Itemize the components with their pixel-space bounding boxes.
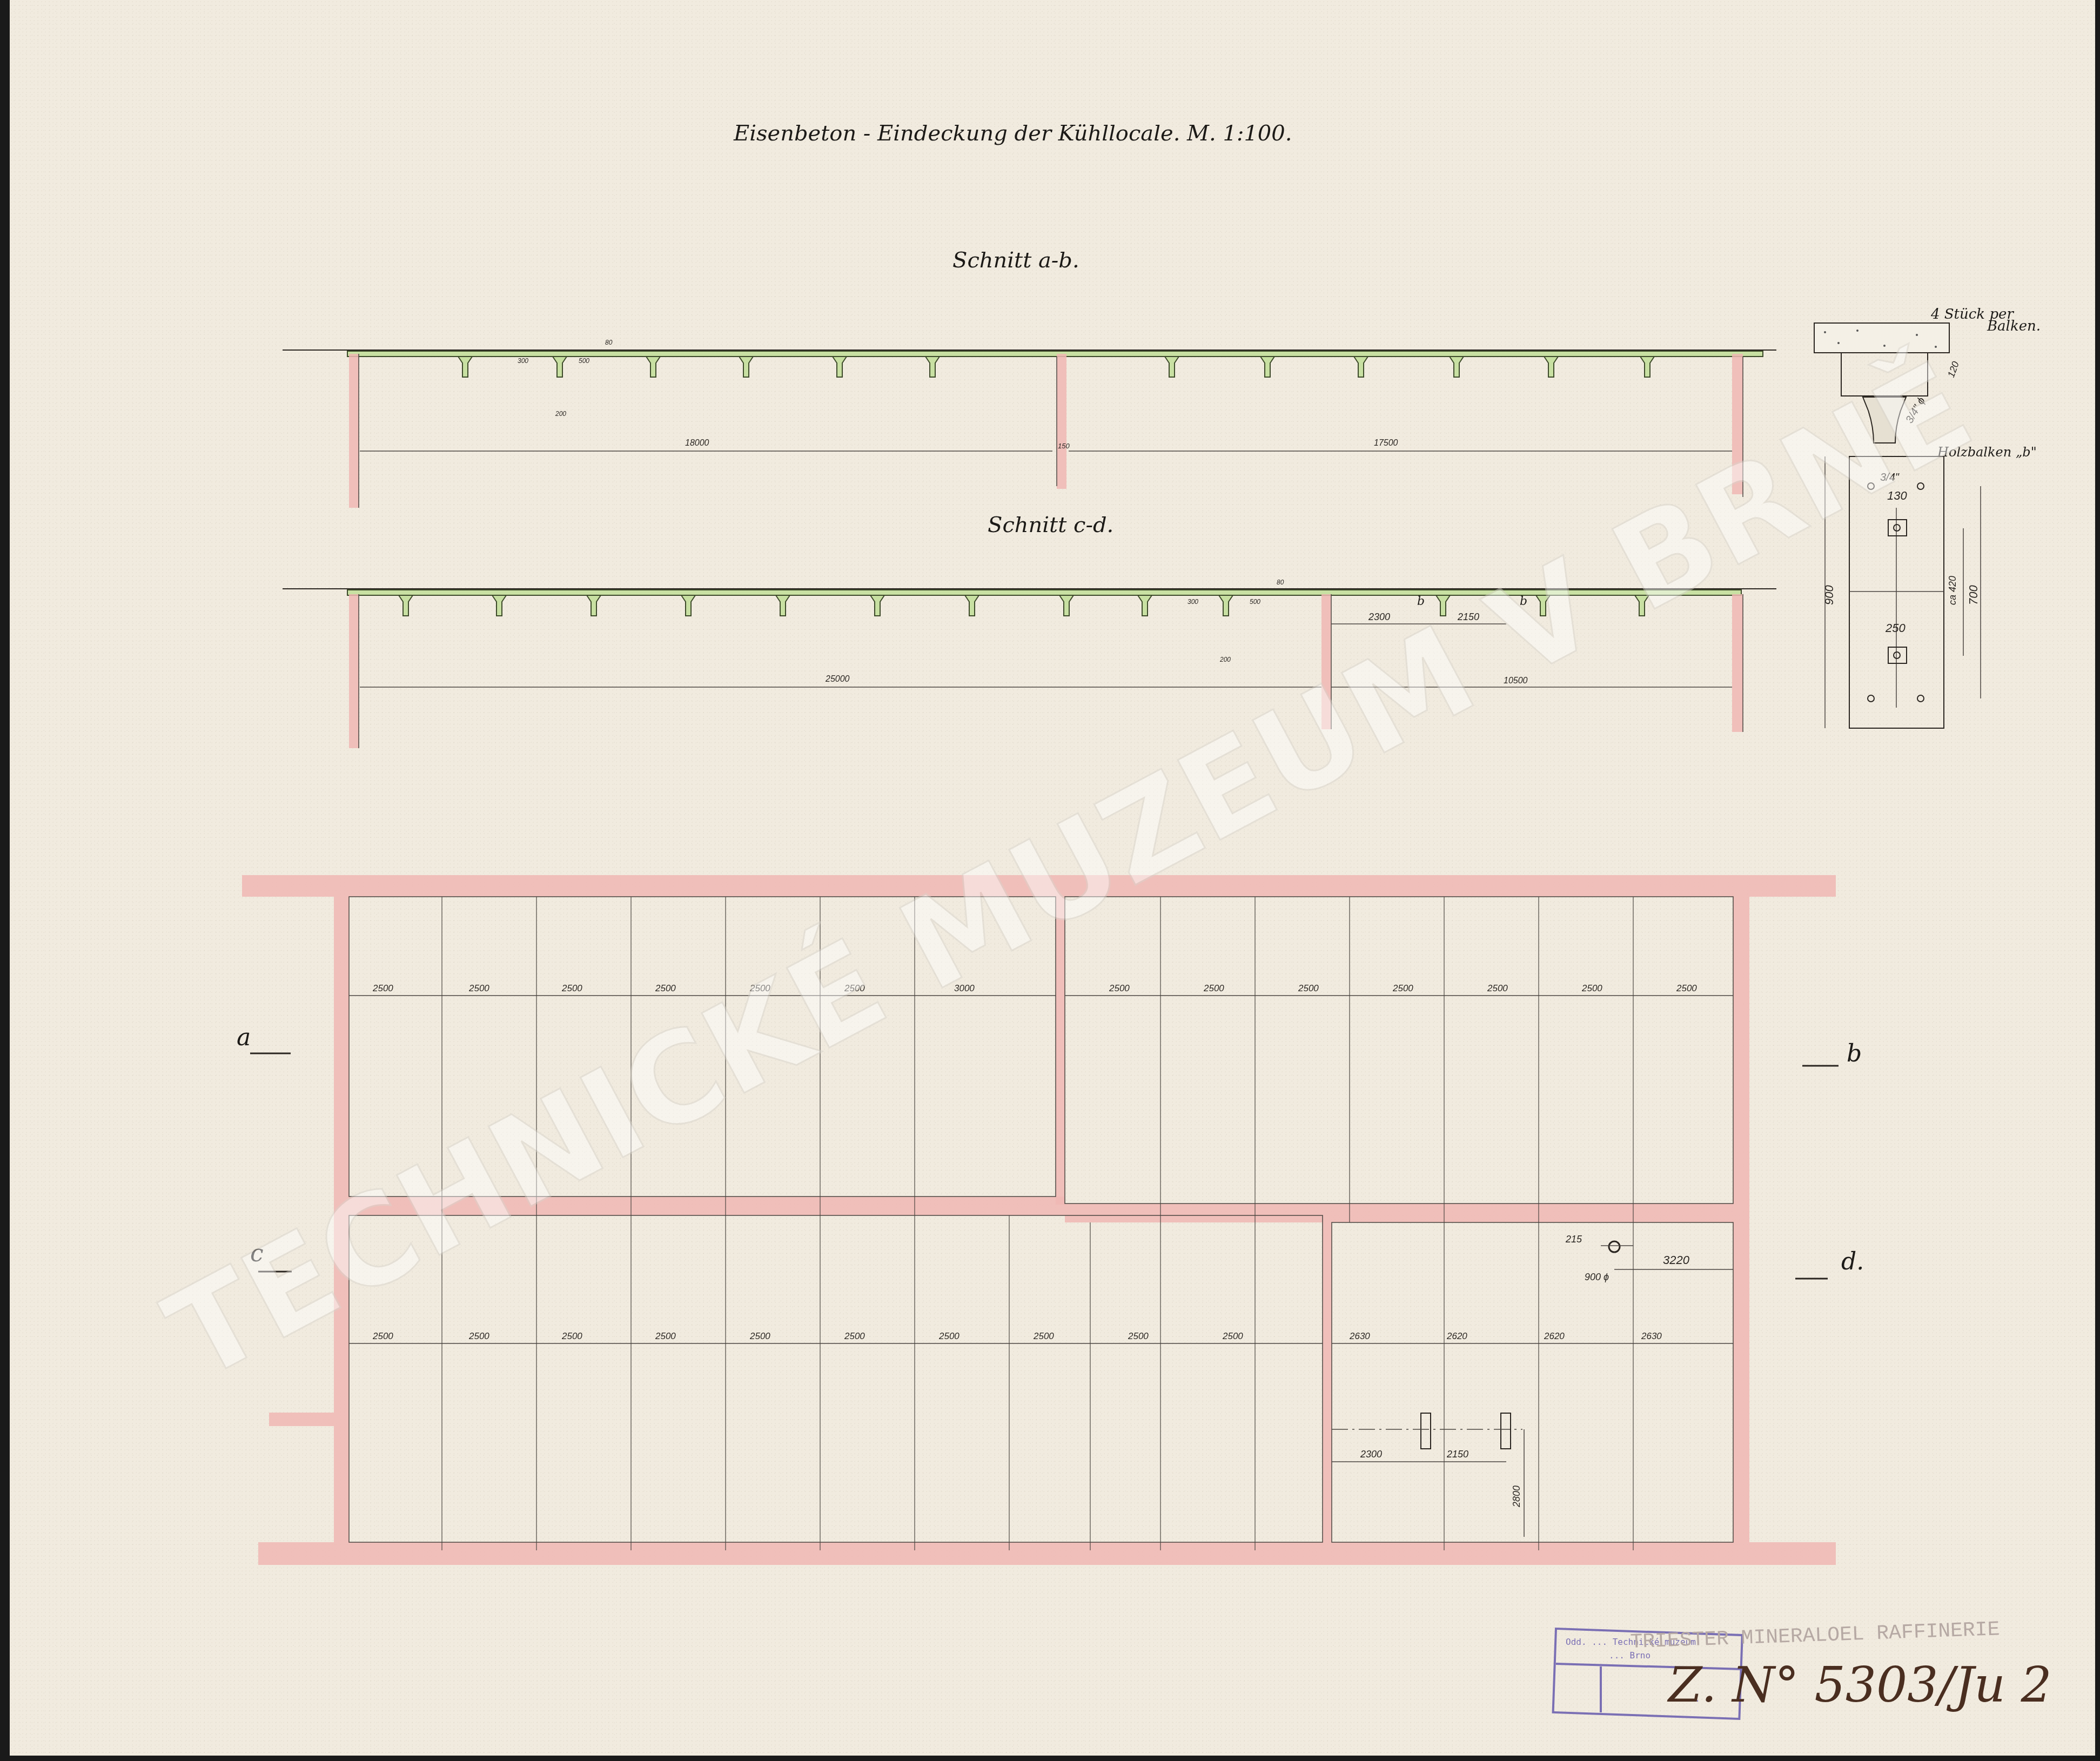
bay-dim: 2500: [1109, 983, 1130, 993]
bay-dim: 2500: [749, 1331, 770, 1341]
section-marker-a: a: [237, 1024, 251, 1051]
bay-dim: 2630: [1349, 1331, 1370, 1341]
bay-dim: 2500: [468, 983, 489, 993]
height-dim: 120: [1945, 360, 1961, 379]
rib-width-dim: 200: [1219, 656, 1231, 663]
bay-dim: 2500: [561, 1331, 582, 1341]
bay-dim: 2500: [1222, 1331, 1243, 1341]
rib-width-dim: 200: [555, 410, 566, 418]
bay-dim: 2500: [561, 983, 582, 993]
bay-dim: 2630: [1641, 1331, 1662, 1341]
section-ab: 18000 150 17500 300 500 80 200: [283, 339, 1776, 508]
drawing-number: Z. N° 5303/Ju 2: [1667, 1657, 2052, 1713]
opening-diameter-dim: 900 ϕ: [1585, 1272, 1609, 1282]
span-dim: 17500: [1374, 439, 1398, 448]
bay-dim: 2500: [372, 983, 393, 993]
bay-dim: 2500: [844, 1331, 865, 1341]
bay-dim: 2500: [468, 1331, 489, 1341]
company-stamp: TRIESTER MINERALOEL RAFFINERIE: [1630, 1618, 2000, 1654]
span-dim: 18000: [685, 439, 709, 448]
bay-dim: 2500: [1487, 983, 1508, 993]
plate-length-dim: 900: [1822, 585, 1836, 605]
bay-dim: 2500: [1033, 1331, 1054, 1341]
bay-dim: 2500: [1203, 983, 1224, 993]
span-dim: 25000: [825, 675, 850, 684]
wall-dim: 150: [1058, 442, 1070, 450]
detail-note: Balken.: [1987, 318, 2041, 334]
drawing-title: Eisenbeton - Eindeckung der Kühllocale. …: [733, 121, 1292, 146]
bay-dim: 2500: [1581, 983, 1602, 993]
watermark: TECHNICKÉ MUZEUM V BRNĚ: [145, 334, 1994, 1409]
beam-dim: 2300: [1360, 1449, 1382, 1460]
bay-dim: 2500: [655, 983, 676, 993]
bay-dim: 2500: [1392, 983, 1413, 993]
section-marker-b: b: [1847, 1040, 1862, 1067]
beam-dim: 2800: [1511, 1486, 1522, 1508]
drawing-sheet: Eisenbeton - Eindeckung der Kühllocale. …: [10, 0, 2095, 1756]
rib-spacing-dim: 500: [1250, 598, 1260, 606]
bay-dim: 2500: [1128, 1331, 1149, 1341]
section-ab-label: Schnitt a-b.: [952, 248, 1079, 273]
opening-offset-dim: 215: [1565, 1234, 1582, 1245]
outer-dim: 700: [1967, 585, 1980, 605]
opening-position-dim: 3220: [1663, 1253, 1690, 1267]
inner-dim: ca 420: [1947, 576, 1958, 605]
rib-height-dim: 300: [1187, 598, 1198, 606]
slab-dim: 80: [605, 339, 613, 346]
bay-dim: 2620: [1544, 1331, 1565, 1341]
bay-dim: 2500: [655, 1331, 676, 1341]
section-cd-label: Schnitt c-d.: [988, 513, 1113, 537]
rib-height-dim: 300: [518, 357, 528, 365]
bay-dim: 2500: [372, 1331, 393, 1341]
bay-dim: 2500: [1676, 983, 1697, 993]
beam-dim: 2150: [1446, 1449, 1468, 1460]
plate-width-dim: 250: [1885, 621, 1906, 635]
bay-dim: 2620: [1446, 1331, 1467, 1341]
sub-dim: 2300: [1368, 611, 1390, 622]
technical-drawing: Eisenbeton - Eindeckung der Kühllocale. …: [10, 0, 2095, 1756]
bay-dim: 2500: [1298, 983, 1319, 993]
slab-dim: 80: [1277, 579, 1284, 586]
bay-dim: 2500: [938, 1331, 960, 1341]
section-marker-d: d.: [1841, 1248, 1864, 1275]
rib-spacing-dim: 500: [579, 357, 589, 365]
